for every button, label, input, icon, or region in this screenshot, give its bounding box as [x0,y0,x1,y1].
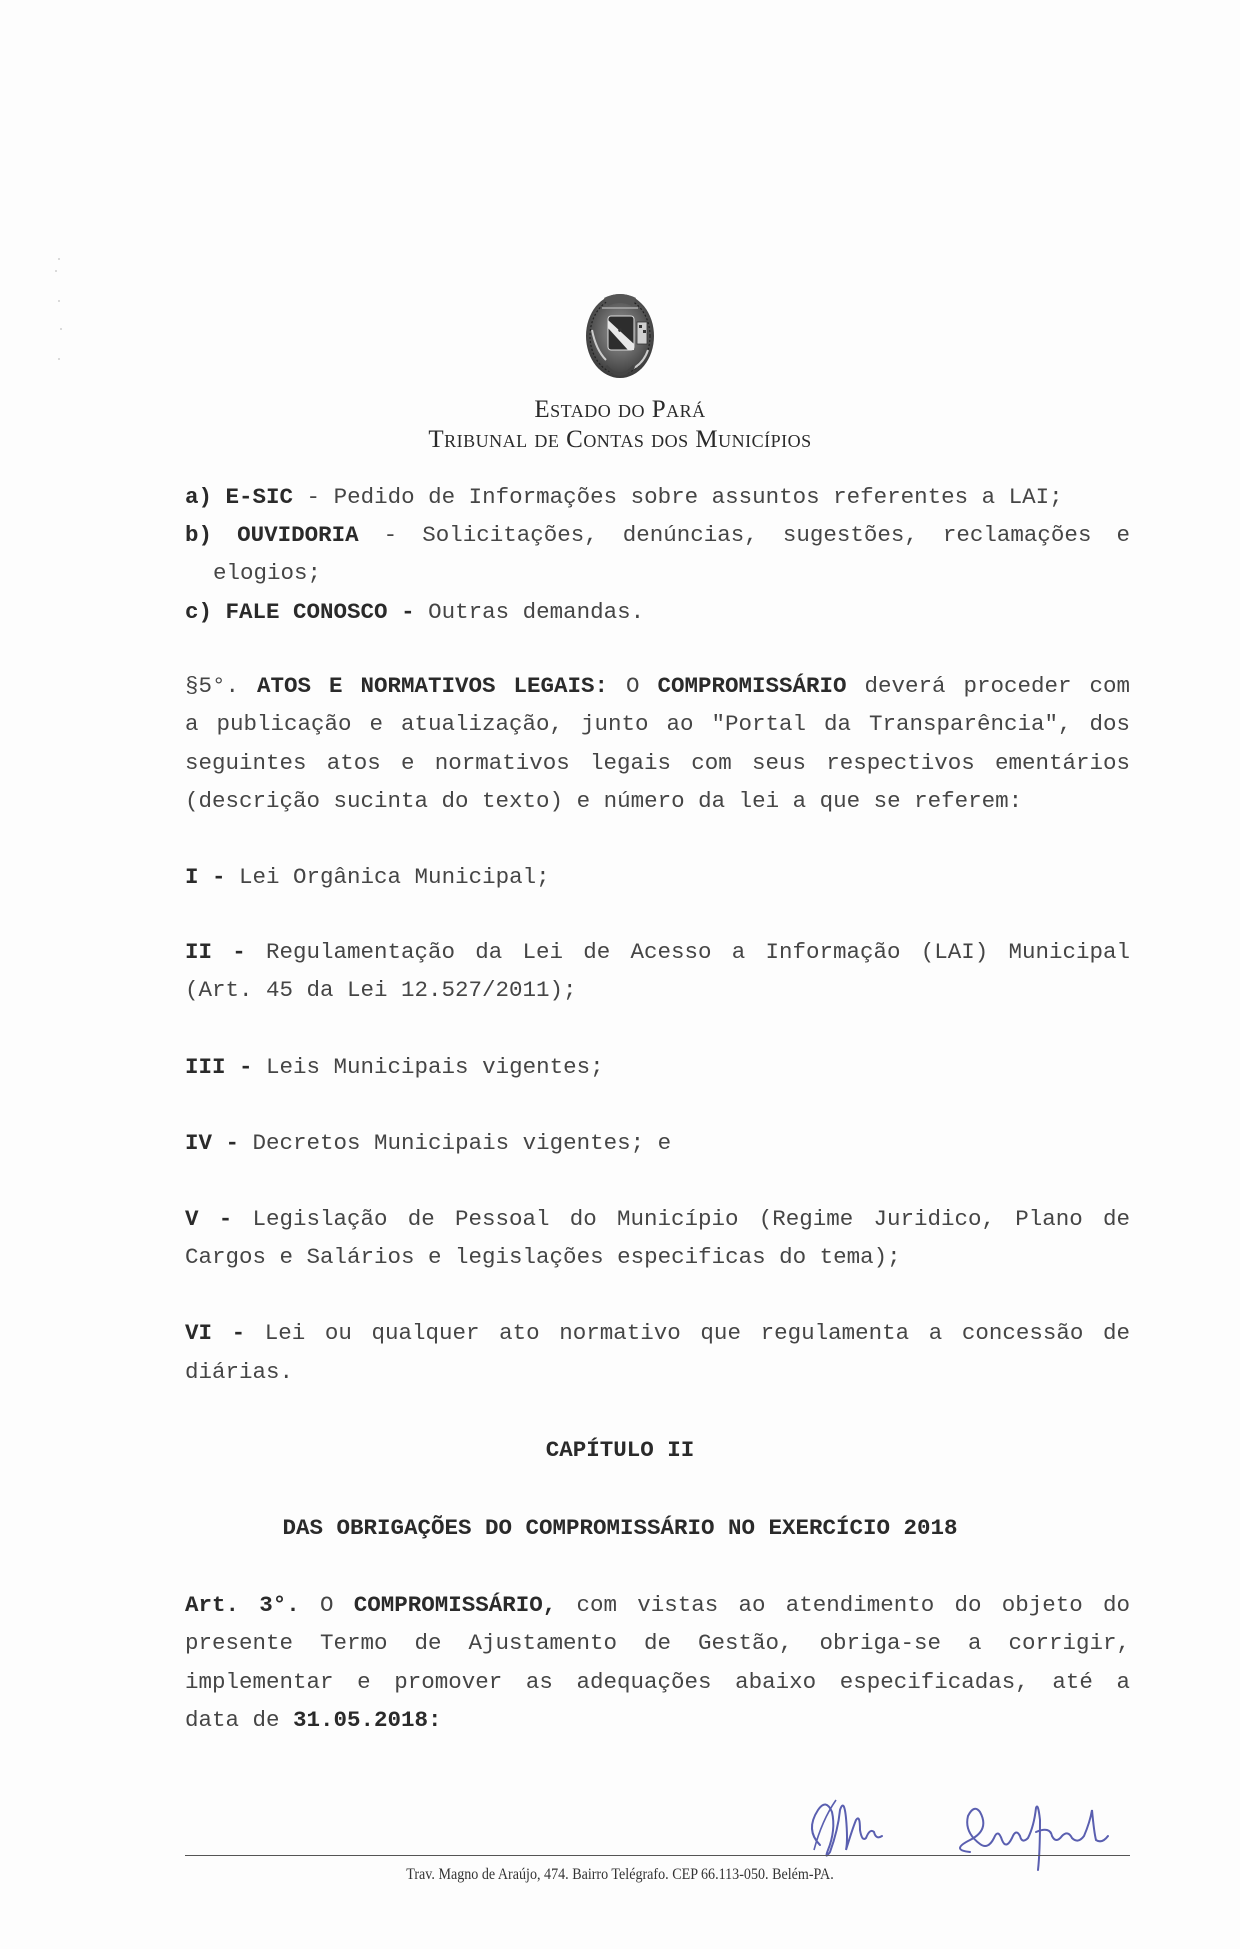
channel-item-esic: a) E-SIC - Pedido de Informações sobre a… [185,484,1063,510]
item-numeral: V [185,1206,199,1232]
legal-item-iii: III - Leis Municipais vigentes; [185,1054,604,1080]
scan-speck [55,270,57,272]
channel-item-ouvidoria: b) OUVIDORIA - Solicitações, denúncias, … [185,522,1130,548]
legal-item-ii: II - Regulamentação da Lei de Acesso a I… [185,939,1130,965]
legal-item-vi: VI - Lei ou qualquer ato normativo que r… [185,1320,1130,1346]
signature-2-icon [940,1792,1130,1877]
chapter-title: CAPÍTULO II [0,1437,1240,1463]
article-label: Art. 3°. [185,1592,300,1618]
channel-text-continuation: elogios; [213,560,321,586]
legal-item-iv: IV - Decretos Municipais vigentes; e [185,1130,671,1156]
item-numeral: III [185,1054,226,1080]
article-3-line-4: data de 31.05.2018: [185,1707,442,1733]
channel-name: E-SIC [226,484,294,510]
channel-name: OUVIDORIA [237,522,359,548]
channel-marker: b) [185,522,212,548]
channel-marker: a) [185,484,212,510]
chapter-subtitle: DAS OBRIGAÇÕES DO COMPROMISSÁRIO NO EXER… [0,1515,1240,1541]
item-text: Lei Orgânica Municipal; [239,864,550,890]
header-state-name: Estado do Pará [0,396,1240,424]
item-text: Lei ou qualquer ato normativo que regula… [265,1320,1130,1346]
paragraph-article: O [626,673,640,699]
paragraph-label: §5°. [185,673,239,699]
scan-speck [58,258,60,260]
scan-speck [58,358,60,360]
paragraph-title: ATOS E NORMATIVOS LEGAIS: [257,673,608,699]
channel-text: Solicitações, denúncias, sugestões, recl… [422,522,1130,548]
signature-1-icon [800,1790,920,1865]
paragraph-5-line-3: seguintes atos e normativos legais com s… [185,750,1130,776]
para-state-coat-of-arms-icon [582,290,658,386]
footer-divider [185,1855,1130,1856]
footer-address: Trav. Magno de Araújo, 474. Bairro Telég… [74,1866,1165,1884]
deadline-date: 31.05.2018: [293,1707,442,1733]
channel-text: Pedido de Informações sobre assuntos ref… [334,484,1063,510]
item-text: Leis Municipais vigentes; [266,1054,604,1080]
document-page: Estado do Pará Tribunal de Contas dos Mu… [0,0,1240,1949]
item-numeral: I [185,864,199,890]
item-numeral: II [185,939,212,965]
channel-marker: c) [185,599,212,625]
legal-item-v: V - Legislação de Pessoal do Município (… [185,1206,1130,1232]
paragraph-subject: COMPROMISSÁRIO [657,673,846,699]
article-3-line-2: presente Termo de Ajustamento de Gestão,… [185,1630,1130,1656]
scan-speck [60,328,62,330]
article-3-line-3: implementar e promover as adequações aba… [185,1669,1130,1695]
article-text: data de [185,1707,280,1733]
channel-separator: - [293,484,334,510]
item-numeral: IV [185,1130,212,1156]
legal-item-vi-continuation: diárias. [185,1359,293,1385]
header-court-name: Tribunal de Contas dos Municípios [0,426,1240,454]
channel-item-fale-conosco: c) FALE CONOSCO - Outras demandas. [185,599,644,625]
item-text: Regulamentação da Lei de Acesso a Inform… [266,939,1130,965]
article-subject: COMPROMISSÁRIO, [354,1592,557,1618]
paragraph-text: deverá proceder com [864,673,1130,699]
paragraph-5-line-1: §5°. ATOS E NORMATIVOS LEGAIS: O COMPROM… [185,673,1130,699]
paragraph-5-line-4: (descrição sucinta do texto) e número da… [185,788,1022,814]
channel-separator: - [359,522,423,548]
legal-item-v-continuation: Cargos e Salários e legislações especifi… [185,1244,901,1270]
article-text: com vistas ao atendimento do objeto do [577,1592,1130,1618]
item-text: Decretos Municipais vigentes; e [253,1130,672,1156]
channel-separator: - [388,599,429,625]
channel-text: Outras demandas. [428,599,644,625]
article-3-line-1: Art. 3°. O COMPROMISSÁRIO, com vistas ao… [185,1592,1130,1618]
article-article: O [320,1592,334,1618]
channel-name: FALE CONOSCO [226,599,388,625]
scan-speck [58,300,60,302]
paragraph-5-line-2: a publicação e atualização, junto ao "Po… [185,711,1130,737]
legal-item-i: I - Lei Orgânica Municipal; [185,864,550,890]
legal-item-ii-continuation: (Art. 45 da Lei 12.527/2011); [185,977,577,1003]
item-numeral: VI [185,1320,212,1346]
item-text: Legislação de Pessoal do Município (Regi… [253,1206,1131,1232]
